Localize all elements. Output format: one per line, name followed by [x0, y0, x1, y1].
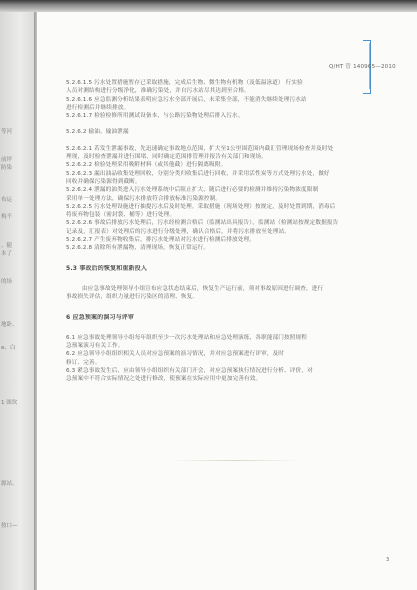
text-line: 将废弃物包装（密封袋、桶等）进行处理。 — [66, 211, 384, 219]
text-line: 5.2.6.1.7 检验检修所用测试设备本，与公路污染物处理后排入污水。 — [66, 112, 384, 120]
left-page-fragment: 1 图坎 — [1, 400, 17, 406]
text-line — [66, 273, 384, 285]
scan-artifact-line — [170, 460, 300, 461]
text-line: 5.2.6.1.5 污水处置措施暂存已采取措施，完成后生物、微生物有机物（及低温… — [66, 79, 384, 87]
left-page-fragment: 构不 — [1, 214, 12, 220]
page-number: 3 — [386, 557, 389, 563]
text-line: 修订、完善。 — [66, 359, 384, 367]
text-line — [66, 302, 384, 314]
section-heading: 6 应急预案的演习与评审 — [66, 314, 384, 322]
left-page-fragment: 、随 — [1, 243, 12, 249]
text-line: 急预案演习有关工作。 — [66, 342, 384, 350]
text-line: 5.2.6.2.6 事故后排放污水处理后，污水经检测合格后（监测站出具报告），监… — [66, 219, 384, 227]
text-line: 5.2.6.2 输油、输油泄漏 — [66, 128, 384, 136]
text-line: 5.2.6.2.7 产生废弃物收集后，排污水处理站对污水进行检测后排放处理。 — [66, 236, 384, 244]
left-page-edge — [0, 12, 34, 590]
left-page-fragment: 按口— — [1, 523, 18, 529]
text-line: 采用单一处理方法，确保污水排放符合排放标准污染源控制。 — [66, 195, 384, 203]
text-line: 记录及，汇报表）对处理后的污水进行分级处理，确认合格后，并将污水排放至处理站。 — [66, 228, 384, 236]
text-line: 5.2.6.1.6 应急监测分析结果表明应急污水全部开展后，未采集全部，不能消失… — [66, 96, 384, 104]
text-line: 回收并确保污染源得到截断。 — [66, 178, 384, 186]
text-line: 人员对测结构进行分级净化，准确污染处，并自污水站尽其达到至合格。 — [66, 87, 384, 95]
text-line — [66, 120, 384, 128]
left-page-fragment: 地卧、 — [1, 322, 18, 328]
left-page-fragment: 等河 — [1, 129, 12, 135]
text-line: 6.3 紧急事故发生后，应由领导小组组织有关部门开会，对应急预案执行情况进行分析… — [66, 367, 384, 375]
left-page-fragment: 防染 — [1, 165, 12, 171]
text-line: 5.2.6.2.1 若发生泄漏事故，先迅速确定事故地点范围，扩大至1公里围范围内… — [66, 145, 384, 153]
text-line — [66, 322, 384, 334]
text-line: 事故损失评估，组织力量进行污染区的清理、恢复。 — [66, 293, 384, 301]
text-line: 急预案中不符合实际情况之处进行修改，使预案在实际应用中更加完善有效。 — [66, 375, 384, 383]
text-line — [66, 137, 384, 145]
text-line: 理现，及时检查泄漏并进行围堵，同时确定范围排管理并报告有关部门和现场。 — [66, 153, 384, 161]
left-page-fragment: 本了 — [1, 251, 12, 257]
text-line: 进行检测后并继续排放。 — [66, 104, 384, 112]
document-body: 5.2.6.1.5 污水处置措施暂存已采取措施，完成后生物、微生物有机物（及低温… — [66, 79, 384, 384]
left-page-fragment: 前坪 — [1, 157, 12, 163]
text-line: 5.2.6.2.5 污水处理设施进行抽提污水后及时处理。采取措施（现场处理）按规… — [66, 203, 384, 211]
left-page-fragment: 的场 — [1, 279, 12, 285]
text-line: 由应急事故处理领导小组宣布应急状态结束后，恢复生产运行前，须对事故原因进行调查，… — [66, 285, 384, 293]
text-line — [66, 253, 384, 265]
left-page-fragment: e、白 — [1, 345, 15, 351]
text-line: 6.2 应急领导小组组织相关人员对应急预案的演习情况，并对应急预案进行评审，及时 — [66, 350, 384, 358]
text-line: 5.2.6.2.4 泄漏的油类进入污水处理系统中后阻止扩大，随后进行必要的检测并… — [66, 186, 384, 194]
text-line: 5.2.6.2.3 漏出油品收集处理回收，分别分类归收集后进行回收，并采用活性炭… — [66, 170, 384, 178]
left-page-fragment: 源站、 — [1, 481, 18, 487]
standard-code: Q/HT 管 140965—2010 — [329, 62, 396, 70]
left-page-fragment: 布运 — [1, 197, 12, 203]
section-heading: 5.3 事故后的恢复和重新投入 — [66, 265, 384, 273]
text-line: 6.1 应急事故处理领导小组每年组织至少一次污水处理站和应急处理演练，各职能部门… — [66, 334, 384, 342]
text-line: 5.2.6.2.2 检验处理采用吸附材料（或其他截）进行隔离吸附。 — [66, 161, 384, 169]
text-line: 5.2.6.2.8 清除所有泄漏物，清理现场，恢复正常运行。 — [66, 244, 384, 252]
